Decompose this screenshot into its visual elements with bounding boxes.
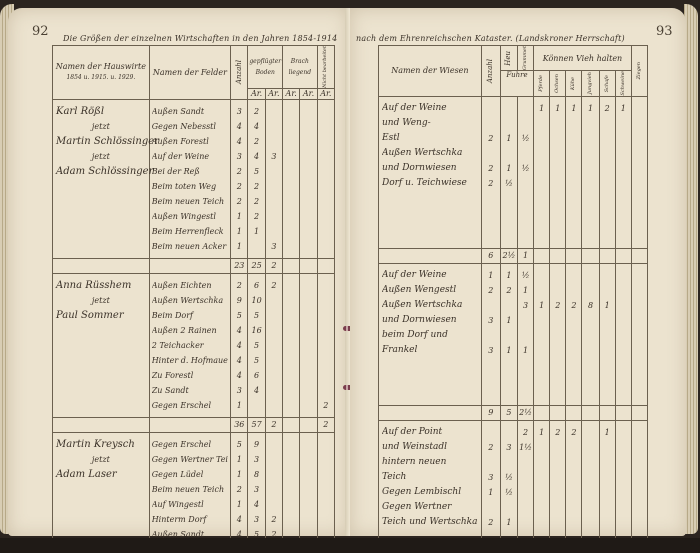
cattle-count bbox=[582, 268, 598, 283]
cell-value bbox=[283, 512, 299, 527]
cattle-column-0: 1 bbox=[534, 420, 550, 540]
empty-cell bbox=[615, 405, 631, 420]
cell-value bbox=[518, 500, 533, 515]
cell-value bbox=[300, 512, 316, 527]
owner-name: Adam Laser bbox=[56, 467, 146, 482]
meadow-name: und Dornwiesen bbox=[382, 313, 478, 328]
cell-value: 3 bbox=[231, 383, 247, 398]
meadow-name: Gegen Wertner bbox=[382, 500, 478, 515]
cattle-count bbox=[550, 470, 565, 485]
cell-value: 1 bbox=[482, 485, 500, 500]
meadow-name: hintern neuen bbox=[382, 455, 478, 470]
cell-value bbox=[266, 134, 282, 149]
cell-value: 3 bbox=[248, 482, 264, 497]
cell-value: 4 bbox=[231, 353, 247, 368]
cell-value: ½ bbox=[518, 131, 533, 146]
cell-value: 1 bbox=[501, 515, 517, 530]
meadow-name: Teich und Wertschka bbox=[382, 515, 478, 530]
cattle-count bbox=[600, 470, 615, 485]
cell-value: 1 bbox=[231, 398, 247, 413]
header-meadow: Namen der Wiesen bbox=[379, 46, 482, 97]
cattle-count bbox=[534, 455, 549, 470]
cell-value bbox=[482, 298, 500, 313]
cell-value: 1 bbox=[501, 161, 517, 176]
cattle-count bbox=[600, 283, 615, 298]
cell-value bbox=[501, 455, 517, 470]
field-name: Zu Sandt bbox=[152, 383, 228, 398]
cattle-count bbox=[632, 313, 647, 328]
cell-value: 2 bbox=[231, 482, 247, 497]
value-column-c5: 2 bbox=[317, 273, 334, 417]
cattle-column-4: 2 bbox=[599, 96, 615, 248]
cell-value bbox=[300, 398, 316, 413]
cell-value bbox=[283, 368, 299, 383]
field-name: Auf Wingestl bbox=[152, 497, 228, 512]
cell-value: 1 bbox=[231, 467, 247, 482]
cell-value: 2 bbox=[231, 164, 247, 179]
field-name: Außen Wingestl bbox=[152, 209, 228, 224]
header-young-cattle: Jungvieh bbox=[582, 71, 599, 96]
cattle-count bbox=[632, 343, 647, 358]
cell-value bbox=[283, 209, 299, 224]
field-name: Gegen Erschel bbox=[152, 437, 228, 452]
cell-value bbox=[501, 500, 517, 515]
empty-cell bbox=[550, 248, 566, 263]
total-value: 2½ bbox=[518, 405, 534, 420]
cattle-column-4: 1 bbox=[599, 263, 615, 405]
cell-value bbox=[266, 308, 282, 323]
cell-value bbox=[283, 239, 299, 254]
cattle-count bbox=[534, 470, 549, 485]
cell-value bbox=[318, 452, 334, 467]
empty-cell bbox=[379, 405, 482, 420]
scan-background bbox=[0, 538, 700, 553]
left-page: 92 Die Größen der einzelnen Wirtschaften… bbox=[8, 8, 348, 536]
cattle-count bbox=[600, 146, 615, 161]
cattle-count bbox=[566, 283, 581, 298]
cell-value bbox=[518, 146, 533, 161]
unit-label: Ar. bbox=[300, 88, 317, 99]
cell-value bbox=[283, 482, 299, 497]
cell-value bbox=[300, 353, 316, 368]
cattle-column-2: 2 bbox=[566, 420, 582, 540]
group-totals-row: 365722 bbox=[53, 417, 335, 432]
cattle-count bbox=[582, 343, 598, 358]
cattle-count bbox=[550, 313, 565, 328]
cell-value bbox=[300, 482, 316, 497]
cell-value bbox=[283, 338, 299, 353]
cell-value: 4 bbox=[248, 383, 264, 398]
value-column-c2: 33 bbox=[265, 99, 282, 258]
cell-value: 2 bbox=[482, 283, 500, 298]
header-grummet: Grummet bbox=[518, 46, 534, 71]
cattle-count bbox=[632, 146, 647, 161]
cell-value bbox=[283, 278, 299, 293]
cattle-count bbox=[534, 343, 549, 358]
meadow-name: beim Dorf und bbox=[382, 328, 478, 343]
cell-value: 3 bbox=[266, 239, 282, 254]
cell-value bbox=[283, 308, 299, 323]
cell-value: 1 bbox=[501, 313, 517, 328]
meadow-names-cell: Auf der WeineAußen WengestlAußen Wertsch… bbox=[379, 263, 482, 405]
cell-value bbox=[318, 293, 334, 308]
cell-value bbox=[318, 308, 334, 323]
page-number-right: 93 bbox=[656, 24, 673, 39]
cattle-count bbox=[566, 146, 581, 161]
cell-value: 3 bbox=[518, 298, 533, 313]
cell-value bbox=[482, 146, 500, 161]
cattle-column-0: 1 bbox=[534, 96, 550, 248]
owner-successor-label: jetzt bbox=[56, 119, 146, 134]
cattle-count bbox=[566, 313, 581, 328]
cell-value: 1 bbox=[518, 283, 533, 298]
cell-value bbox=[283, 452, 299, 467]
field-name: Beim neuen Teich bbox=[152, 482, 228, 497]
empty-cell bbox=[149, 258, 230, 273]
cell-value bbox=[318, 512, 334, 527]
owner-name: Martin Kreysch bbox=[56, 437, 146, 452]
cell-value bbox=[283, 149, 299, 164]
header-field: Namen der Felder bbox=[149, 46, 230, 100]
field-name: Beim Herrenfleck bbox=[152, 224, 228, 239]
cell-value bbox=[266, 119, 282, 134]
cell-value bbox=[283, 323, 299, 338]
cattle-count bbox=[600, 116, 615, 131]
cattle-count bbox=[616, 298, 631, 313]
cattle-column-6 bbox=[631, 420, 647, 540]
header-horses: Pferde bbox=[534, 71, 550, 96]
cattle-count bbox=[550, 440, 565, 455]
cell-value: 1 bbox=[482, 268, 500, 283]
field-name: Außen Forestl bbox=[152, 134, 228, 149]
cell-value bbox=[318, 104, 334, 119]
meadow-names-cell: Auf der Weineund Weng-EstlAußen Wertschk… bbox=[379, 96, 482, 248]
cell-value bbox=[266, 293, 282, 308]
cattle-count bbox=[582, 515, 598, 530]
owner-successor-label: jetzt bbox=[56, 293, 146, 308]
cell-value bbox=[300, 104, 316, 119]
header-pigs: Schweine bbox=[615, 71, 631, 96]
cattle-count: 1 bbox=[616, 101, 631, 116]
cell-value: 1 bbox=[231, 209, 247, 224]
cattle-count bbox=[582, 116, 598, 131]
cell-value: 3 bbox=[482, 343, 500, 358]
cattle-count bbox=[632, 500, 647, 515]
owner-successor-label: jetzt bbox=[56, 452, 146, 467]
cattle-count bbox=[616, 500, 631, 515]
cattle-count bbox=[600, 313, 615, 328]
value-column-count: 295444431 bbox=[231, 273, 248, 417]
empty-cell bbox=[566, 405, 582, 420]
cell-value: 2 bbox=[248, 179, 264, 194]
cattle-count bbox=[550, 455, 565, 470]
cattle-count bbox=[550, 500, 565, 515]
cell-value bbox=[266, 482, 282, 497]
right-page-edges bbox=[684, 4, 698, 534]
cell-value bbox=[283, 134, 299, 149]
cell-value: 2 bbox=[248, 209, 264, 224]
cell-value bbox=[300, 179, 316, 194]
cell-value bbox=[518, 470, 533, 485]
cell-value bbox=[300, 383, 316, 398]
cell-value: ½ bbox=[518, 161, 533, 176]
cell-value: 5 bbox=[248, 338, 264, 353]
cell-value: 5 bbox=[231, 308, 247, 323]
total-value: 25 bbox=[248, 258, 265, 273]
value-column-c3 bbox=[283, 432, 300, 552]
header-cattle-goats: Ziegen bbox=[631, 46, 647, 97]
farm-group-row: Martin KreyschjetztAdam LaserGegen Ersch… bbox=[53, 432, 335, 552]
cell-value: 1 bbox=[518, 343, 533, 358]
cattle-column-5 bbox=[615, 263, 631, 405]
cattle-count bbox=[600, 515, 615, 530]
meadows-table: Namen der Wiesen Anzahl Heu Grummet Könn… bbox=[378, 45, 648, 541]
total-value bbox=[283, 258, 300, 273]
cell-value bbox=[283, 179, 299, 194]
cattle-count bbox=[600, 485, 615, 500]
cattle-count bbox=[632, 101, 647, 116]
cell-value: 5 bbox=[248, 353, 264, 368]
cattle-count bbox=[582, 440, 598, 455]
cell-value bbox=[283, 194, 299, 209]
cell-value bbox=[318, 209, 334, 224]
cattle-count bbox=[566, 515, 581, 530]
cell-value bbox=[318, 323, 334, 338]
cattle-column-1: 2 bbox=[550, 263, 566, 405]
meadow-name: Frankel bbox=[382, 343, 478, 358]
cell-value: 2 bbox=[518, 425, 533, 440]
cell-value bbox=[318, 224, 334, 239]
unit-label: Ar. bbox=[265, 88, 282, 99]
value-column-hay: 11½ bbox=[500, 96, 517, 248]
header-sheep: Schafe bbox=[599, 71, 615, 96]
empty-cell bbox=[534, 405, 550, 420]
farm-group-row: Anna RüsshemjetztPaul SommerAußen Eichte… bbox=[53, 273, 335, 417]
cell-value: 1 bbox=[231, 497, 247, 512]
cell-value: ½ bbox=[501, 470, 517, 485]
meadow-name: Auf der Weine bbox=[382, 101, 478, 116]
cattle-count bbox=[632, 283, 647, 298]
empty-cell bbox=[631, 405, 647, 420]
cell-value bbox=[318, 338, 334, 353]
empty-cell bbox=[149, 417, 230, 432]
cattle-count bbox=[566, 500, 581, 515]
owner-cell: Karl RößljetztMartin SchlössingerjetztAd… bbox=[53, 99, 150, 258]
cattle-count bbox=[566, 116, 581, 131]
cattle-count bbox=[582, 283, 598, 298]
cell-value: 2 bbox=[482, 161, 500, 176]
cattle-count bbox=[582, 425, 598, 440]
total-value: 57 bbox=[248, 417, 265, 432]
total-value bbox=[300, 258, 317, 273]
meadow-name: Estl bbox=[382, 131, 478, 146]
field-name: Gegen Nebesstl bbox=[152, 119, 228, 134]
cell-value: 4 bbox=[231, 323, 247, 338]
cattle-count bbox=[616, 176, 631, 191]
header-untilled: Nicht bearbeitet bbox=[317, 46, 334, 89]
unit-label: Ar. bbox=[283, 88, 300, 99]
cell-value bbox=[283, 353, 299, 368]
cattle-count: 2 bbox=[550, 425, 565, 440]
cattle-count bbox=[566, 440, 581, 455]
cattle-count bbox=[550, 283, 565, 298]
cattle-column-5: 1 bbox=[615, 96, 631, 248]
value-column-grummet: ½½ bbox=[518, 96, 534, 248]
field-name: Hinterm Dorf bbox=[152, 512, 228, 527]
cattle-count bbox=[616, 485, 631, 500]
cattle-count bbox=[566, 455, 581, 470]
total-value: 9 bbox=[481, 405, 500, 420]
cell-value: 2 bbox=[231, 278, 247, 293]
cell-value bbox=[318, 179, 334, 194]
header-cows: Kühe bbox=[566, 71, 582, 96]
meadow-name: und Weinstadl bbox=[382, 440, 478, 455]
cattle-count bbox=[550, 146, 565, 161]
cattle-count bbox=[582, 176, 598, 191]
empty-cell bbox=[599, 405, 615, 420]
cattle-count bbox=[534, 268, 549, 283]
cell-value: 10 bbox=[248, 293, 264, 308]
value-column-c1: 242452221 bbox=[248, 99, 265, 258]
cell-value bbox=[283, 467, 299, 482]
meadow-name: Außen Wertschka bbox=[382, 146, 478, 161]
field-name: Außen Wertschka bbox=[152, 293, 228, 308]
cell-value: 2 bbox=[248, 104, 264, 119]
meadow-group-row: Auf der WeineAußen WengestlAußen Wertsch… bbox=[379, 263, 648, 405]
cell-value bbox=[300, 293, 316, 308]
owner-name: Anna Rüsshem bbox=[56, 278, 146, 293]
cell-value bbox=[300, 149, 316, 164]
cell-value bbox=[501, 116, 517, 131]
cattle-count bbox=[582, 485, 598, 500]
cell-value: 2 bbox=[248, 194, 264, 209]
value-column-c4 bbox=[300, 432, 317, 552]
cattle-column-1: 1 bbox=[550, 96, 566, 248]
cell-value bbox=[482, 101, 500, 116]
cattle-count bbox=[582, 161, 598, 176]
cell-value bbox=[283, 383, 299, 398]
cattle-count bbox=[600, 161, 615, 176]
cattle-count bbox=[566, 161, 581, 176]
cattle-count bbox=[550, 176, 565, 191]
cell-value: 1 bbox=[231, 239, 247, 254]
cell-value bbox=[318, 149, 334, 164]
cattle-count bbox=[616, 161, 631, 176]
cell-value bbox=[518, 328, 533, 343]
cattle-count bbox=[616, 440, 631, 455]
cattle-count bbox=[632, 425, 647, 440]
cattle-count: 1 bbox=[566, 101, 581, 116]
group-totals-row: 23252 bbox=[53, 258, 335, 273]
cattle-count: 1 bbox=[534, 298, 549, 313]
cattle-count bbox=[616, 283, 631, 298]
empty-cell bbox=[550, 405, 566, 420]
cattle-count bbox=[582, 313, 598, 328]
cell-value bbox=[318, 164, 334, 179]
field-name: Außen Sandt bbox=[152, 104, 228, 119]
cell-value: 9 bbox=[248, 437, 264, 452]
field-name: Hinter d. Hofmauer bbox=[152, 353, 228, 368]
cell-value: 3 bbox=[266, 149, 282, 164]
cell-value: 2 bbox=[231, 179, 247, 194]
cell-value bbox=[300, 278, 316, 293]
meadow-group-row: Auf der Weineund Weng-EstlAußen Wertschk… bbox=[379, 96, 648, 248]
cattle-count bbox=[632, 298, 647, 313]
field-name: Außen 2 Rainen bbox=[152, 323, 228, 338]
meadow-name: Außen Wertschka bbox=[382, 298, 478, 313]
left-page-title: Die Größen der einzelnen Wirtschaften in… bbox=[63, 34, 337, 43]
owner-successor-label: jetzt bbox=[56, 149, 146, 164]
empty-cell bbox=[599, 248, 615, 263]
cell-value bbox=[318, 497, 334, 512]
cattle-count: 2 bbox=[566, 298, 581, 313]
value-column-count: 2312 bbox=[481, 420, 500, 540]
cattle-count: 2 bbox=[550, 298, 565, 313]
cell-value: 1 bbox=[248, 224, 264, 239]
total-value bbox=[300, 417, 317, 432]
unit-label: Ar. bbox=[248, 88, 265, 99]
owner-cell: Martin KreyschjetztAdam Laser bbox=[53, 432, 150, 552]
field-names-cell: Außen EichtenAußen WertschkaBeim DorfAuß… bbox=[149, 273, 230, 417]
cattle-count bbox=[582, 455, 598, 470]
cell-value: 4 bbox=[248, 149, 264, 164]
cell-value bbox=[266, 497, 282, 512]
cell-value bbox=[266, 452, 282, 467]
cattle-column-3 bbox=[582, 420, 599, 540]
cell-value bbox=[283, 119, 299, 134]
cell-value bbox=[300, 368, 316, 383]
cattle-count bbox=[616, 470, 631, 485]
cell-value bbox=[518, 116, 533, 131]
cattle-count bbox=[534, 328, 549, 343]
cell-value bbox=[501, 146, 517, 161]
value-column-c3 bbox=[283, 99, 300, 258]
cell-value bbox=[283, 224, 299, 239]
header-fallow: Brach liegend bbox=[283, 46, 318, 89]
header-count: Anzahl bbox=[231, 46, 248, 100]
header-cattle: Können Vieh halten bbox=[534, 46, 632, 71]
cattle-count bbox=[534, 500, 549, 515]
cell-value bbox=[318, 437, 334, 452]
field-name: Auf der Weine bbox=[152, 149, 228, 164]
meadow-name: Auf der Point bbox=[382, 425, 478, 440]
total-value bbox=[283, 417, 300, 432]
cattle-count bbox=[616, 343, 631, 358]
cell-value bbox=[482, 116, 500, 131]
cell-value bbox=[501, 425, 517, 440]
cattle-count bbox=[616, 146, 631, 161]
cell-value bbox=[518, 313, 533, 328]
cattle-count bbox=[632, 161, 647, 176]
cattle-count bbox=[616, 116, 631, 131]
cell-value bbox=[318, 368, 334, 383]
header-ploughed: gepflügter Boden bbox=[248, 46, 283, 89]
total-value: 23 bbox=[231, 258, 248, 273]
cattle-column-2: 2 bbox=[566, 263, 582, 405]
total-value: 6 bbox=[481, 248, 500, 263]
cattle-count bbox=[534, 440, 549, 455]
cattle-count: 1 bbox=[534, 425, 549, 440]
cell-value: 4 bbox=[248, 497, 264, 512]
cattle-count bbox=[566, 343, 581, 358]
total-value: 2 bbox=[317, 417, 334, 432]
total-value: 5 bbox=[500, 405, 517, 420]
field-name: 2 Teichacker bbox=[152, 338, 228, 353]
cell-value bbox=[266, 209, 282, 224]
value-column-count: 1233 bbox=[481, 263, 500, 405]
open-ledger-book: 92 Die Größen der einzelnen Wirtschaften… bbox=[0, 0, 700, 538]
cell-value bbox=[318, 134, 334, 149]
